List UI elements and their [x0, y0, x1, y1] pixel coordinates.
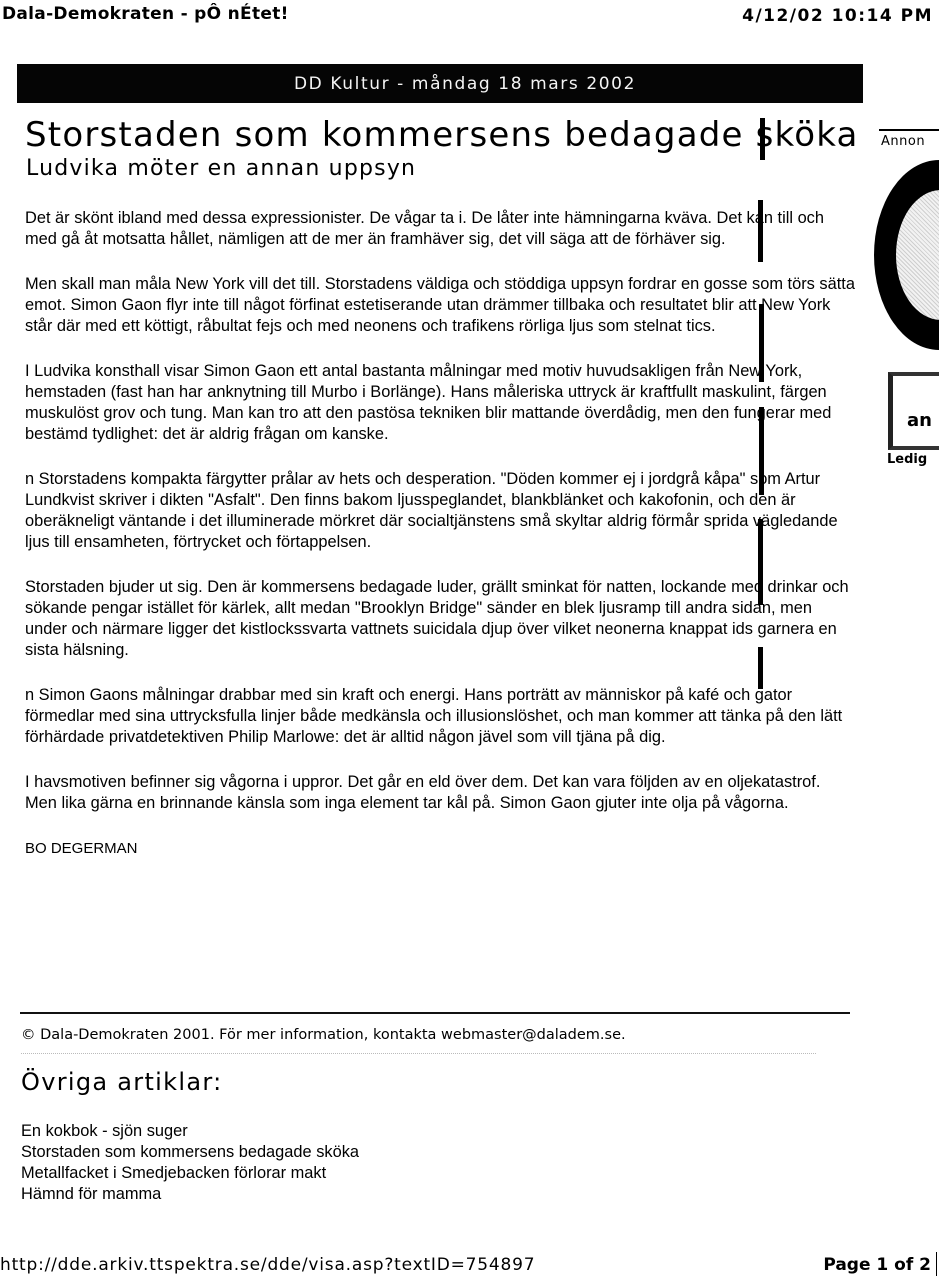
- ad-logo-inner: [896, 190, 939, 320]
- article-paragraph: Storstaden bjuder ut sig. Den är kommers…: [25, 577, 855, 661]
- other-article-item: Storstaden som kommersens bedagade sköka: [21, 1142, 359, 1163]
- scan-artifact-bar: [758, 200, 763, 262]
- other-article-item: En kokbok - sjön suger: [21, 1121, 359, 1142]
- section-banner: DD Kultur - måndag 18 mars 2002: [17, 64, 863, 103]
- article-paragraph: n Simon Gaons målningar drabbar med sin …: [25, 685, 855, 748]
- scan-artifact-bar: [759, 304, 764, 382]
- other-article-link[interactable]: En kokbok - sjön suger: [21, 1122, 188, 1140]
- other-article-item: Metallfacket i Smedjebacken förlorar mak…: [21, 1163, 359, 1184]
- scan-artifact-bar: [758, 519, 763, 605]
- article-paragraph: n Storstadens kompakta färgytter prålar …: [25, 469, 855, 553]
- scan-artifact-bar: [760, 118, 765, 160]
- article-paragraph: Men skall man måla New York vill det til…: [25, 274, 855, 337]
- footer-rule: [20, 1012, 850, 1014]
- copyright-notice: © Dala-Demokraten 2001. För mer informat…: [21, 1027, 626, 1043]
- other-article-link[interactable]: Storstaden som kommersens bedagade sköka: [21, 1143, 359, 1161]
- article-headline: Storstaden som kommersens bedagade sköka: [25, 115, 859, 155]
- ad-caption: Ledig: [887, 452, 927, 467]
- other-articles-list: En kokbok - sjön suger Storstaden som ko…: [21, 1121, 359, 1205]
- other-article-item: Hämnd för mamma: [21, 1184, 359, 1205]
- scan-artifact-bar: [759, 407, 764, 495]
- other-articles-heading: Övriga artiklar:: [21, 1068, 222, 1096]
- ad-logo-circle-icon[interactable]: [874, 160, 939, 350]
- article-subheadline: Ludvika möter en annan uppsyn: [26, 156, 416, 181]
- print-header-timestamp: 4/12/02 10:14 PM: [742, 6, 933, 26]
- ad-label: Annon: [881, 134, 925, 149]
- scan-artifact-bar: [758, 647, 763, 689]
- other-article-link[interactable]: Hämnd för mamma: [21, 1185, 161, 1203]
- ad-divider: [879, 129, 939, 131]
- article-paragraph: Det är skönt ibland med dessa expression…: [25, 208, 855, 250]
- print-header-site-title: Dala-Demokraten - pÔ nÉtet!: [2, 4, 289, 24]
- banner-text: DD Kultur - måndag 18 mars 2002: [294, 74, 636, 94]
- dotted-divider: [21, 1053, 816, 1055]
- print-footer-page-indicator: Page 1 of 2: [823, 1255, 931, 1275]
- other-article-link[interactable]: Metallfacket i Smedjebacken förlorar mak…: [21, 1164, 326, 1182]
- article-byline: BO DEGERMAN: [25, 838, 855, 859]
- ad-box-text: an: [907, 410, 932, 431]
- article-body: Det är skönt ibland med dessa expression…: [25, 208, 855, 883]
- page-edge: [936, 1252, 937, 1276]
- print-footer-url: http://dde.arkiv.ttspektra.se/dde/visa.a…: [0, 1255, 535, 1275]
- article-paragraph: I havsmotiven befinner sig vågorna i upp…: [25, 772, 855, 814]
- article-paragraph: I Ludvika konsthall visar Simon Gaon ett…: [25, 361, 855, 445]
